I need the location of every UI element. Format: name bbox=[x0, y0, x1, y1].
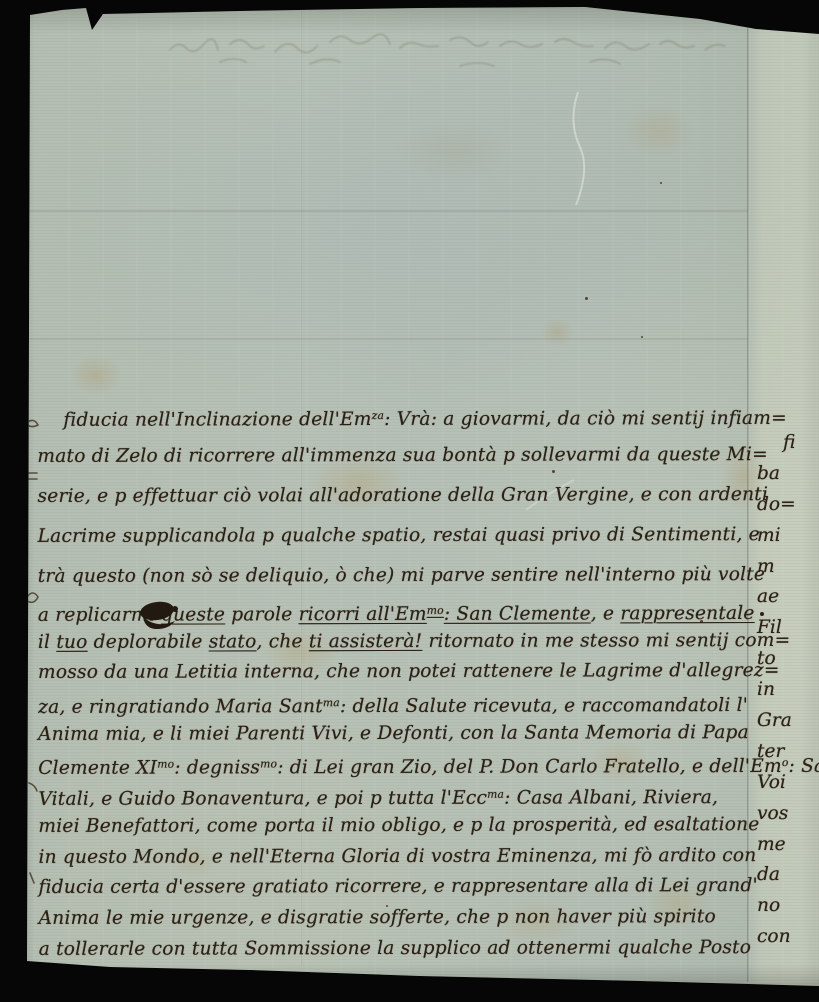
manuscript-scan: fiducia nell'Inclinazione dell'Emza: Vrà… bbox=[0, 0, 819, 1002]
edge-shading bbox=[0, 0, 819, 1002]
